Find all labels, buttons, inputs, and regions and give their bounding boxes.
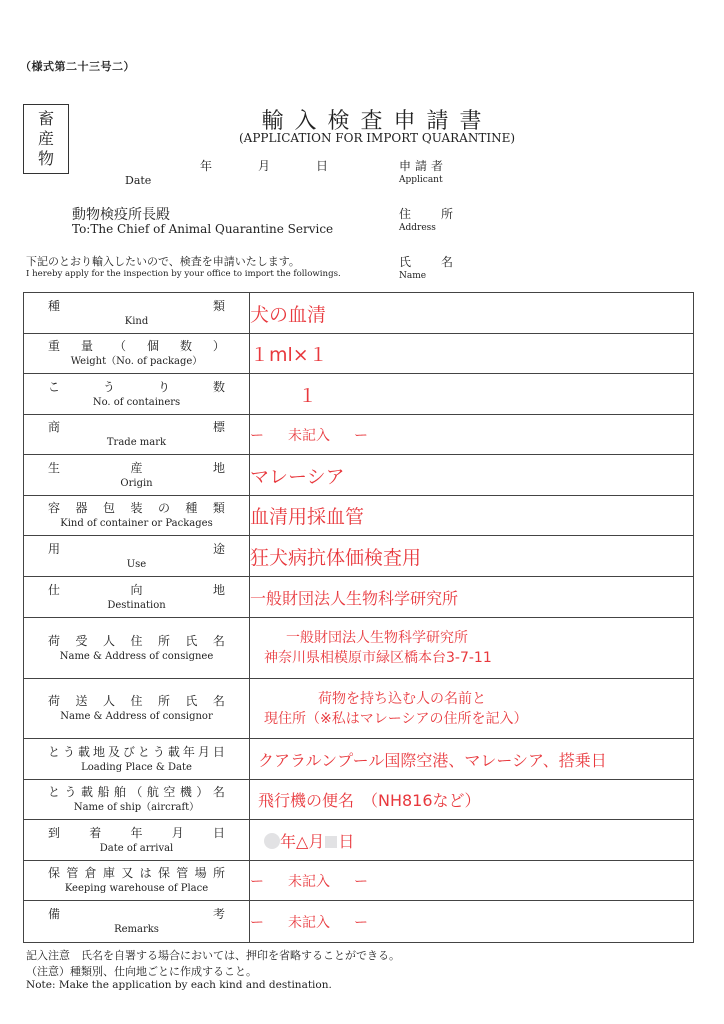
year-placeholder-circle-icon (264, 833, 280, 849)
dash: ー (354, 874, 368, 890)
address-label-en: Address (399, 223, 483, 233)
date-year-label: 年 (200, 157, 258, 174)
application-form-table: 種類 Kind 犬の血清 重量（個数） Weight（No. of packag… (23, 292, 694, 943)
label-char: 場 (195, 866, 207, 880)
label-char: 数 (213, 380, 225, 394)
label-char: の (158, 501, 170, 515)
label-char: う (64, 785, 76, 799)
row-label: こうり数 No. of containers (24, 374, 250, 415)
row-label: 用途 Use (24, 536, 250, 577)
day-placeholder-square-icon (325, 836, 337, 848)
destination-value[interactable]: 一般財団法人生物科学研究所 (250, 577, 694, 618)
label-en: Origin (24, 477, 249, 490)
label-char: 標 (213, 420, 225, 434)
label-char: ） (196, 785, 208, 799)
label-char: 載 (81, 785, 93, 799)
label-en: Remarks (24, 923, 249, 936)
table-row-containers: こうり数 No. of containers １ (24, 374, 694, 415)
row-label: 重量（個数） Weight（No. of package） (24, 334, 250, 374)
label-char: 地 (213, 461, 225, 475)
trademark-value[interactable]: ー未記入ー (250, 415, 694, 455)
loading-value[interactable]: クアラルンプール国際空港、マレーシア、搭乗日 (250, 739, 694, 780)
label-char: （ (114, 339, 126, 353)
day-label: 日 (338, 832, 354, 851)
blank-marker: 未記入 (288, 874, 330, 890)
form-number: （様式第二十三号二） (20, 58, 135, 74)
name-label-jp: 氏名 (399, 253, 483, 270)
label-char: 量 (81, 339, 93, 353)
label-en: Destination (24, 599, 249, 612)
label-char: 月 (198, 745, 210, 759)
table-row-destination: 仕向地 Destination 一般財団法人生物科学研究所 (24, 577, 694, 618)
label-en: No. of containers (24, 396, 249, 409)
label-char: 所 (213, 866, 225, 880)
label-char: 種 (185, 501, 197, 515)
label-char: 類 (213, 501, 225, 515)
category-char: 物 (38, 149, 54, 169)
label-char: 考 (213, 907, 225, 921)
origin-value[interactable]: マレーシア (250, 455, 694, 496)
ship-value[interactable]: 飛行機の便名 （NH816など） (250, 780, 694, 820)
label-char: 日 (213, 826, 225, 840)
label-char: 又 (121, 866, 133, 880)
consignor-address: 現住所（※私はマレーシアの住所を記入） (250, 709, 693, 729)
row-label: 荷送人住所氏名 Name & Address of consignor (24, 679, 250, 739)
kind-value[interactable]: 犬の血清 (250, 293, 694, 334)
table-row-arrival: 到着年月日 Date of arrival 年△月日 (24, 820, 694, 861)
label-char: と (48, 745, 60, 759)
intro-text-jp: 下記のとおり輸入したいので、検査を申請いたします。 (26, 253, 300, 269)
intro-text-en: I hereby apply for the inspection by you… (26, 269, 341, 279)
dash: ー (250, 874, 264, 890)
consignee-address: 神奈川県相模原市緑区橋本台3-7-11 (250, 648, 693, 668)
table-row-ship: とう載船舶（航空機）名 Name of ship（aircraft） 飛行機の便… (24, 780, 694, 820)
blank-marker: 未記入 (288, 428, 330, 444)
label-en: Keeping warehouse of Place (24, 882, 249, 895)
label-char: 所 (158, 634, 170, 648)
row-label: とう載船舶（航空機）名 Name of ship（aircraft） (24, 780, 250, 820)
label-char: う (103, 380, 115, 394)
label-char: 仕 (48, 583, 60, 597)
label-char: 空 (163, 785, 175, 799)
label-char: 所 (158, 694, 170, 708)
label-char: は (140, 866, 152, 880)
consignee-name: 一般財団法人生物科学研究所 (250, 628, 693, 648)
containers-value[interactable]: １ (250, 374, 694, 415)
blank-marker: 未記入 (288, 915, 330, 931)
table-row-weight: 重量（個数） Weight（No. of package） １ml×１ (24, 334, 694, 374)
label-char: 管 (66, 866, 78, 880)
label-char: 船 (97, 785, 109, 799)
label-char: う (153, 745, 165, 759)
remarks-value[interactable]: ー未記入ー (250, 901, 694, 943)
consignor-name: 荷物を持ち込む人の名前と (250, 689, 693, 709)
label-char: 氏 (185, 634, 197, 648)
label-char: 保 (48, 866, 60, 880)
row-label: 荷受人住所氏名 Name & Address of consignee (24, 618, 250, 679)
label-char: 産 (130, 461, 142, 475)
container-kind-value[interactable]: 血清用採血管 (250, 496, 694, 536)
row-label: 商標 Trade mark (24, 415, 250, 455)
label-char: 生 (48, 461, 60, 475)
label-char: 包 (103, 501, 115, 515)
label-char: 人 (103, 694, 115, 708)
label-char: 数 (180, 339, 192, 353)
label-char: 送 (75, 694, 87, 708)
date-month-label: 月 (258, 157, 316, 174)
label-char: 住 (130, 634, 142, 648)
label-char: 荷 (48, 634, 60, 648)
address-label-jp: 住所 (399, 205, 483, 222)
label-char: 装 (130, 501, 142, 515)
label-char: 用 (48, 542, 60, 556)
label-en: Kind of container or Packages (24, 517, 249, 530)
label-char: 庫 (103, 866, 115, 880)
label-char: 機 (180, 785, 192, 799)
label-char: 容 (48, 501, 60, 515)
year-label: 年 (280, 832, 296, 851)
consignor-value[interactable]: 荷物を持ち込む人の名前と 現住所（※私はマレーシアの住所を記入） (250, 679, 694, 739)
label-char: 類 (213, 299, 225, 313)
label-en: Name of ship（aircraft） (24, 801, 249, 814)
applicant-label-en: Applicant (399, 175, 447, 185)
label-char: 器 (75, 501, 87, 515)
label-char: 商 (48, 420, 60, 434)
table-row-warehouse: 保管倉庫又は保管場所 Keeping warehouse of Place ー未… (24, 861, 694, 901)
date-label-en: Date (125, 174, 151, 187)
label-char: ） (213, 339, 225, 353)
row-label: 保管倉庫又は保管場所 Keeping warehouse of Place (24, 861, 250, 901)
label-char: 向 (130, 583, 142, 597)
label-char: 日 (213, 745, 225, 759)
month-label: 月 (308, 832, 324, 851)
note-line-1: 記入注意 氏名を自署する場合においては、押印を省略することができる。 (26, 947, 400, 963)
label-char: 年 (183, 745, 195, 759)
label-char: 載 (78, 745, 90, 759)
label-char: り (158, 380, 170, 394)
label-char: 個 (147, 339, 159, 353)
label-en: Use (24, 558, 249, 571)
label-char: 人 (103, 634, 115, 648)
row-label: 容器包装の種類 Kind of container or Packages (24, 496, 250, 536)
label-char: う (63, 745, 75, 759)
table-row-use: 用途 Use 狂犬病抗体価検査用 (24, 536, 694, 577)
label-char: 載 (168, 745, 180, 759)
label-char: （ (130, 785, 142, 799)
consignee-value[interactable]: 一般財団法人生物科学研究所 神奈川県相模原市緑区橋本台3-7-11 (250, 618, 694, 679)
label-en: Name & Address of consignee (24, 650, 249, 663)
weight-value[interactable]: １ml×１ (250, 334, 694, 374)
label-char: 名 (213, 785, 225, 799)
label-char: 地 (213, 583, 225, 597)
label-en: Weight（No. of package） (24, 355, 249, 368)
label-char: 備 (48, 907, 60, 921)
applicant-field[interactable]: 申請者 Applicant (399, 157, 447, 185)
label-char: 年 (130, 826, 142, 840)
note-line-2: （注意）種類別、仕向地ごとに作成すること。 (26, 963, 257, 979)
table-row-remarks: 備考 Remarks ー未記入ー (24, 901, 694, 943)
name-field[interactable]: 氏名 Name (399, 253, 483, 281)
dash: ー (354, 428, 368, 444)
address-field[interactable]: 住所 Address (399, 205, 483, 233)
label-en: Date of arrival (24, 842, 249, 855)
label-char: 着 (89, 826, 101, 840)
label-char: 及 (108, 745, 120, 759)
label-en: Trade mark (24, 436, 249, 449)
label-char: 名 (213, 634, 225, 648)
arrival-value[interactable]: 年△月日 (250, 820, 694, 861)
row-label: 種類 Kind (24, 293, 250, 334)
table-row-consignor: 荷送人住所氏名 Name & Address of consignor 荷物を持… (24, 679, 694, 739)
month-placeholder-triangle-icon: △ (296, 832, 308, 851)
label-char: 受 (75, 634, 87, 648)
label-char: 到 (48, 826, 60, 840)
addressee-jp: 動物検疫所長殿 (72, 204, 170, 224)
row-label: 到着年月日 Date of arrival (24, 820, 250, 861)
label-char: と (48, 785, 60, 799)
table-row-container-kind: 容器包装の種類 Kind of container or Packages 血清… (24, 496, 694, 536)
table-row-trademark: 商標 Trade mark ー未記入ー (24, 415, 694, 455)
label-char: 倉 (85, 866, 97, 880)
table-row-kind: 種類 Kind 犬の血清 (24, 293, 694, 334)
date-day-label: 日 (316, 157, 374, 174)
date-field[interactable]: 年月日 (200, 157, 374, 174)
label-char: 名 (213, 694, 225, 708)
table-row-origin: 生産地 Origin マレーシア (24, 455, 694, 496)
dash: ー (250, 428, 264, 444)
row-label: 備考 Remarks (24, 901, 250, 943)
label-en: Name & Address of consignor (24, 710, 249, 723)
dash: ー (250, 915, 264, 931)
label-char: と (138, 745, 150, 759)
label-char: 氏 (185, 694, 197, 708)
applicant-label-jp: 申請者 (399, 157, 447, 174)
table-row-loading: とう載地及びとう載年月日 Loading Place & Date クアラルンプ… (24, 739, 694, 780)
page-subtitle: (APPLICATION FOR IMPORT QUARANTINE) (0, 131, 724, 145)
label-char: こ (48, 380, 60, 394)
label-char: 種 (48, 299, 60, 313)
dash: ー (354, 915, 368, 931)
label-char: 住 (130, 694, 142, 708)
label-char: 重 (48, 339, 60, 353)
use-value[interactable]: 狂犬病抗体価検査用 (250, 536, 694, 577)
label-char: 舶 (114, 785, 126, 799)
table-row-consignee: 荷受人住所氏名 Name & Address of consignee 一般財団… (24, 618, 694, 679)
label-char: 地 (93, 745, 105, 759)
label-char: 保 (158, 866, 170, 880)
note-line-3: Note: Make the application by each kind … (26, 979, 332, 991)
label-en: Loading Place & Date (24, 761, 249, 774)
name-label-en: Name (399, 271, 483, 281)
label-char: び (123, 745, 135, 759)
label-char: 途 (213, 542, 225, 556)
row-label: 生産地 Origin (24, 455, 250, 496)
addressee-en: To:The Chief of Animal Quarantine Servic… (72, 222, 333, 236)
label-char: 月 (172, 826, 184, 840)
label-en: Kind (24, 315, 249, 328)
row-label: 仕向地 Destination (24, 577, 250, 618)
warehouse-value[interactable]: ー未記入ー (250, 861, 694, 901)
label-char: 航 (147, 785, 159, 799)
row-label: とう載地及びとう載年月日 Loading Place & Date (24, 739, 250, 780)
label-char: 管 (176, 866, 188, 880)
label-char: 荷 (48, 694, 60, 708)
